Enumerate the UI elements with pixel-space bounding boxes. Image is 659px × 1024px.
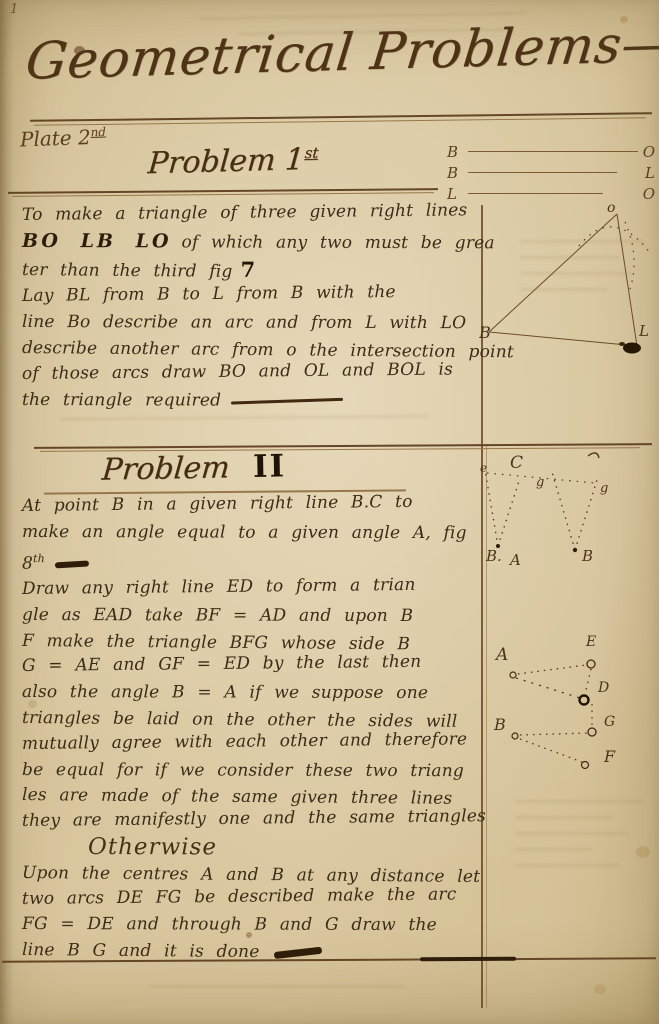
ink-blot-small — [619, 342, 625, 346]
manuscript-line: gle as EAD take BF = AD and upon B — [22, 603, 494, 630]
problem1-ordinal: st — [304, 144, 319, 162]
bleed-through-marks — [60, 414, 460, 433]
given-line-row: B O — [447, 141, 655, 162]
given-lines: B O B L L O — [447, 141, 655, 204]
given-line-stroke — [468, 151, 638, 152]
line-text: At point B in a given right line B.C to — [22, 492, 413, 516]
vertex-label-l: L — [638, 322, 649, 340]
given-line-right-label: L — [645, 164, 655, 182]
manuscript-line: of those arcs draw BO and OL and BOL is — [22, 356, 492, 387]
line-bold-text: BO LB LO — [22, 230, 172, 252]
line-text: ter than the third fig — [22, 260, 233, 282]
point-label-b: B — [493, 715, 506, 734]
manuscript-line: Draw any right line ED to form a trian — [22, 572, 494, 603]
point-circle-e — [587, 660, 595, 668]
manuscript-line: To make a triangle of three given right … — [22, 197, 492, 228]
arc-dotted-1 — [579, 227, 651, 254]
vertex-label-b-left: B. — [485, 547, 502, 565]
point-circle-b — [512, 733, 518, 739]
line-text: of which any two must be grea — [182, 232, 495, 253]
line-text: the triangle required — [22, 390, 221, 411]
point-circle-d — [580, 696, 589, 705]
quill-flourish — [588, 453, 599, 458]
triangle-side-ol — [617, 214, 637, 346]
problem2-number: II — [253, 448, 287, 485]
triangle-side-bo — [489, 214, 617, 332]
line-text: mutually agree with each other and there… — [22, 729, 467, 754]
plate-label: Plate 2nd — [20, 125, 107, 152]
manuscript-line: the triangle required — [22, 387, 492, 414]
figure-number: 7 — [240, 257, 255, 282]
ray-dotted-ed — [585, 669, 591, 694]
binding-edge — [0, 0, 14, 1024]
problem2-text: At point B in a given right line B.C to … — [22, 494, 494, 964]
angle-arm-dotted — [575, 480, 597, 550]
given-line-stroke — [468, 193, 603, 194]
given-line-right-label: O — [643, 143, 655, 161]
manuscript-line: At point B in a given right line B.C to — [22, 489, 494, 520]
manuscript-line: line B G and it is done — [22, 938, 494, 968]
manuscript-line: they are manifestly one and the same tri… — [22, 804, 494, 835]
line-text: 8 — [22, 553, 33, 573]
problem1-number: 1 — [284, 142, 306, 178]
manuscript-line: BO LB LOof which any two must be grea — [22, 228, 492, 256]
flourish-dash — [231, 398, 343, 405]
angle-arm-dotted — [552, 472, 575, 550]
line-text: Draw any right line ED to form a trian — [22, 575, 416, 599]
manuscript-page: 1 Geometrical Problems— Plate 2nd Proble… — [0, 0, 659, 1024]
point-label-d: D — [597, 680, 609, 696]
manuscript-line: mutually agree with each other and there… — [22, 727, 494, 758]
ink-dash — [55, 560, 89, 568]
line-text: FG = DE and through B and G draw the — [22, 914, 437, 935]
line-text: gle as EAD take BF = AD and upon B — [22, 605, 413, 626]
line-text: also the angle B = A if we suppose one — [22, 682, 428, 703]
ink-dash-done — [273, 947, 321, 959]
manuscript-line: be equal for if we consider these two tr… — [22, 758, 494, 785]
plate-ordinal: nd — [90, 125, 106, 140]
problem2-heading: Problem II — [102, 448, 287, 487]
plate-number: 2 — [78, 125, 92, 149]
problem1-heading: Problem 1st — [147, 142, 320, 182]
angle-label-c: C — [510, 453, 523, 473]
given-line-left-label: B — [447, 164, 463, 182]
page-number: 1 — [10, 2, 18, 17]
vertex-dot — [573, 548, 577, 552]
line-text: make an angle equal to a given angle A, … — [22, 522, 467, 543]
line-text: G = AE and GF = ED by the last then — [22, 652, 422, 676]
point-label-f: F — [603, 747, 616, 766]
vertex-label-a: A — [508, 551, 521, 569]
line-text: two arcs DE FG be described make the arc — [22, 884, 457, 909]
given-line-row: B L — [447, 162, 655, 183]
manuscript-line: Lay BL from B to L from B with the — [22, 278, 492, 309]
given-line-left-label: B — [447, 143, 463, 161]
figure-7-triangle: o B L — [479, 196, 659, 361]
ray-dotted-bf — [520, 739, 582, 762]
point-circle-f — [582, 762, 589, 769]
manuscript-line: line Bo describe an arc and from L with … — [22, 309, 492, 336]
line-text: Lay BL from B to L from B with the — [22, 282, 396, 306]
manuscript-line: FG = DE and through B and G draw the — [22, 912, 494, 939]
angle-arm-dotted — [485, 470, 498, 546]
angle-label-g: g — [536, 475, 544, 490]
otherwise-text: Otherwise — [88, 834, 217, 860]
point-label-e: E — [585, 634, 596, 650]
bleed-through-marks — [150, 985, 450, 1001]
stain-spot — [594, 984, 606, 994]
stain-spot — [636, 846, 650, 858]
manuscript-line: make an angle equal to a given angle A, … — [22, 520, 494, 547]
point-circle-a — [510, 672, 516, 678]
point-label-a: A — [494, 645, 508, 665]
manuscript-line: two arcs DE FG be described make the arc — [22, 882, 494, 913]
manuscript-line: also the angle B = A if we suppose one — [22, 680, 494, 707]
point-circle-g — [588, 728, 596, 736]
plate-word: Plate — [20, 126, 72, 152]
page-title: Geometrical Problems— — [23, 15, 653, 92]
ink-blot — [623, 343, 641, 354]
line-text: of those arcs draw BO and OL and BOL is — [22, 359, 453, 384]
point-label-g: G — [604, 714, 615, 730]
given-line-stroke — [468, 172, 617, 173]
line-text: be equal for if we consider these two tr… — [22, 760, 464, 781]
line-text: To make a triangle of three given right … — [22, 200, 468, 225]
ray-dotted-bg — [520, 733, 588, 735]
bottom-rule-blot — [420, 957, 516, 962]
vertex-label-o: o — [607, 200, 615, 216]
figure-construction: A E D B G F — [480, 630, 659, 780]
arc-dotted-2 — [625, 222, 634, 292]
line-text: line Bo describe an arc and from L with … — [22, 312, 466, 333]
ray-dotted-ae — [518, 665, 586, 674]
vertex-label-b-right: B — [581, 547, 593, 565]
bleed-through-marks — [515, 800, 645, 880]
problem1-text: To make a triangle of three given right … — [22, 202, 492, 413]
manuscript-line: G = AE and GF = ED by the last then — [22, 649, 494, 680]
ray-dashed-ad — [516, 678, 580, 698]
vertex-label-b: B — [479, 323, 491, 342]
angle-arm-dotted — [498, 478, 520, 546]
line-text: they are manifestly one and the same tri… — [22, 806, 486, 831]
problem1-word: Problem — [147, 143, 277, 181]
otherwise-heading: Otherwise — [88, 835, 494, 862]
figure-8-angles: e C g B. A B g — [480, 448, 659, 573]
angle-label-g2: g — [600, 481, 608, 496]
angle-label-e: e — [480, 461, 487, 475]
problem2-word: Problem — [100, 450, 231, 487]
triangle-side-bl — [489, 332, 637, 346]
line-ordinal: th — [33, 552, 45, 565]
